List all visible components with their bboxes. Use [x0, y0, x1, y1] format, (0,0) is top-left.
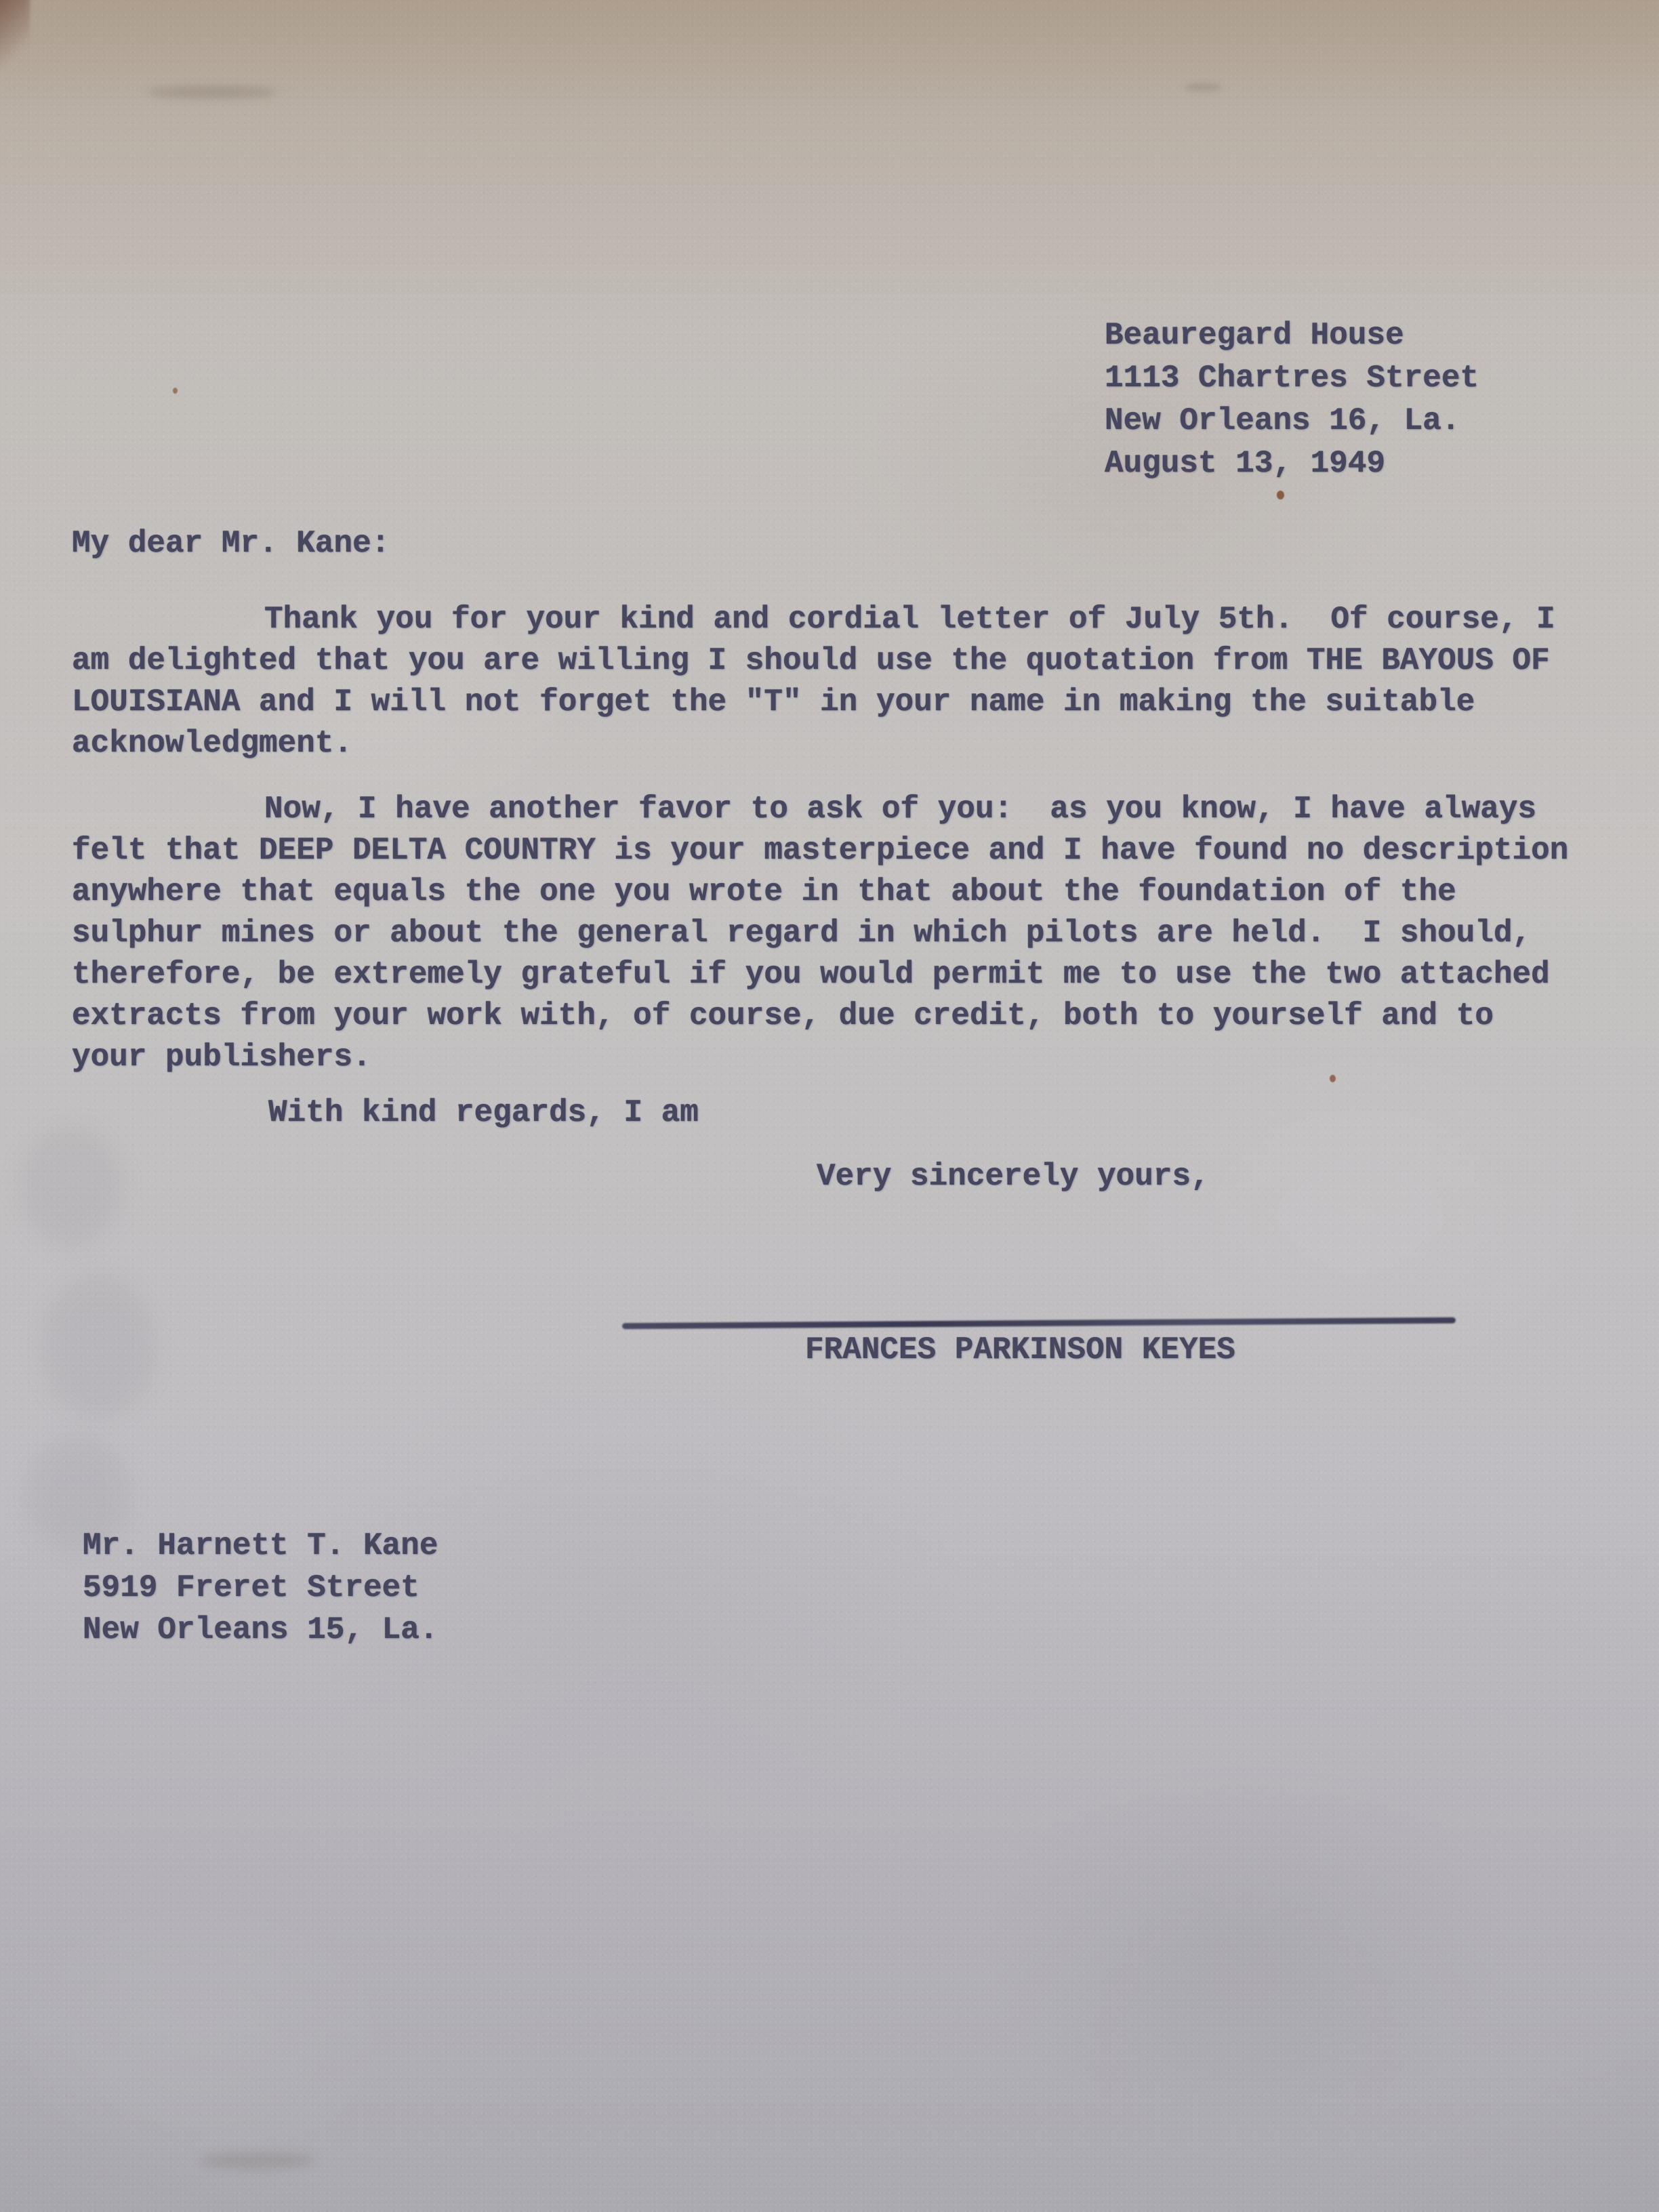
rust-speck — [173, 388, 178, 394]
signature-name: FRANCES PARKINSON KEYES — [805, 1330, 1235, 1371]
top-right-smudge — [1185, 83, 1221, 91]
pre-closing-line: With kind regards, I am — [268, 1092, 699, 1134]
watermark-ghost — [41, 1274, 156, 1416]
rust-speck — [1277, 491, 1284, 499]
salutation: My dear Mr. Kane: — [72, 523, 390, 565]
signature-line — [622, 1317, 1456, 1330]
watermark-ghost — [20, 1125, 122, 1247]
sender-address-block: Beauregard House 1113 Chartres Street Ne… — [1105, 314, 1479, 485]
top-smudge — [148, 85, 276, 99]
corner-stain — [0, 0, 30, 70]
valediction: Very sincerely yours, — [817, 1156, 1210, 1197]
letter-page: Beauregard House 1113 Chartres Street Ne… — [0, 0, 1659, 2212]
recipient-address-block: Mr. Harnett T. Kane 5919 Freret Street N… — [83, 1525, 438, 1651]
bottom-left-smudge — [200, 2152, 315, 2169]
paragraph-1: Thank you for your kind and cordial lett… — [72, 599, 1631, 764]
paragraph-2: Now, I have another favor to ask of you:… — [72, 789, 1631, 1078]
